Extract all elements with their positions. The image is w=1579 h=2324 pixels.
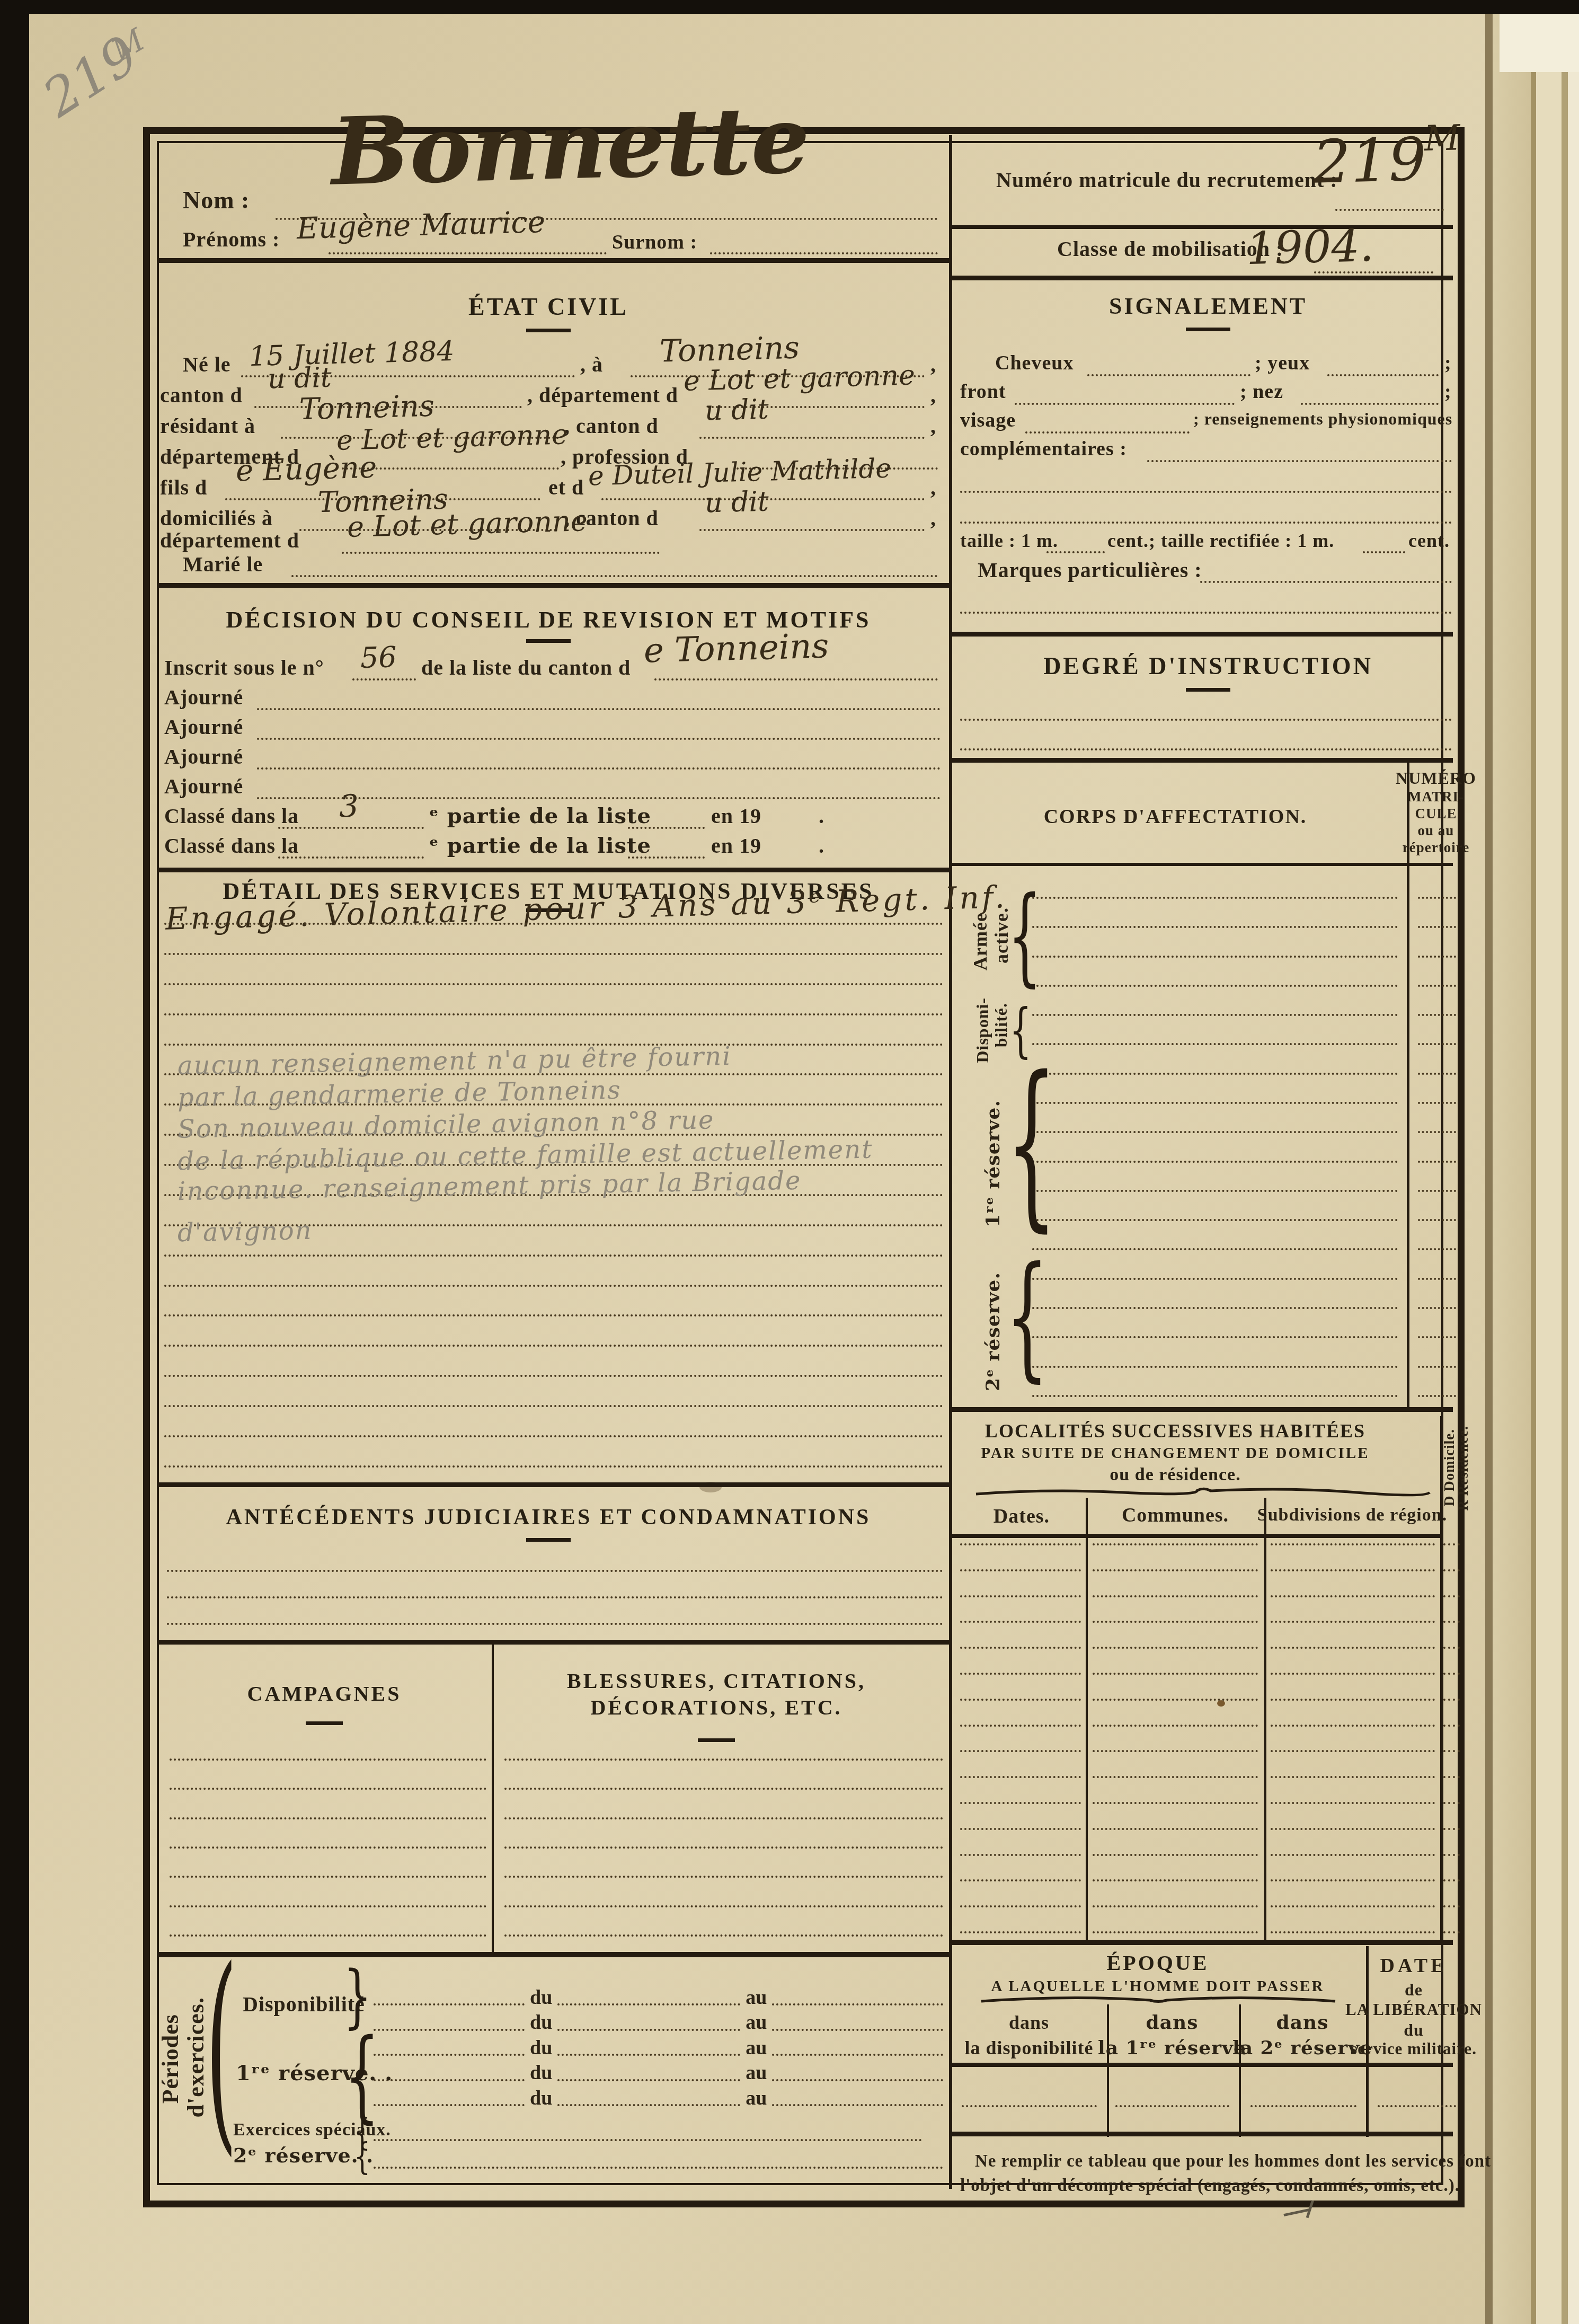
comma: , bbox=[930, 416, 936, 437]
dotted-line-dates bbox=[960, 1776, 1081, 1778]
dotted-line bbox=[1032, 1395, 1398, 1397]
dotted-line bbox=[557, 2029, 740, 2031]
blessures-title-line-2: DÉCORATIONS, ETC. bbox=[590, 1697, 842, 1718]
dotted-line-dr bbox=[1443, 1673, 1460, 1675]
reserve2-label: 2ᵉ réserve. . bbox=[233, 2145, 374, 2166]
corps-row bbox=[1032, 1014, 1456, 1016]
localites-row bbox=[960, 1879, 1460, 1881]
dotted-line-communes bbox=[1093, 1776, 1258, 1778]
localites-row bbox=[960, 1595, 1460, 1597]
dotted-line-communes bbox=[1093, 1802, 1258, 1804]
reserve1-corps-label: 1ʳᵉ réserve. bbox=[983, 1100, 1003, 1227]
dotted-line bbox=[699, 529, 925, 531]
dotted-line bbox=[352, 678, 416, 681]
ruled-row bbox=[170, 1846, 486, 1849]
rule bbox=[952, 225, 1453, 229]
canton2-handwriting: u dit bbox=[704, 395, 769, 425]
dotted-line bbox=[374, 2054, 525, 2056]
dotted-line bbox=[164, 983, 943, 985]
dotted-line bbox=[504, 1846, 943, 1849]
dotted-line bbox=[1032, 1102, 1398, 1104]
du-au-row: du au bbox=[374, 2089, 943, 2106]
localites-title-line-2: PAR SUITE DE CHANGEMENT DE DOMICILE bbox=[981, 1446, 1369, 1461]
canton-handwriting: u dit bbox=[267, 364, 332, 393]
disponibilite-brace: } bbox=[343, 1969, 372, 2023]
dotted-line-subdiv bbox=[1271, 1828, 1435, 1830]
localites-row bbox=[960, 1621, 1460, 1623]
dotted-line-dates bbox=[960, 1699, 1081, 1701]
dotted-line bbox=[504, 1788, 943, 1790]
dotted-line bbox=[710, 252, 938, 254]
dotted-line-dr bbox=[1443, 1569, 1460, 1571]
dotted-line bbox=[1301, 403, 1439, 405]
a-label: , à bbox=[580, 354, 603, 375]
dotted-line bbox=[164, 1435, 943, 1437]
departement3-label: département d bbox=[160, 530, 299, 551]
epoque-col2-line-1: dans bbox=[1146, 2013, 1199, 2032]
dotted-line bbox=[960, 748, 1452, 750]
dotted-line-numero bbox=[1418, 1043, 1456, 1045]
dotted-line bbox=[504, 1759, 943, 1761]
corps-row bbox=[1032, 956, 1456, 958]
dotted-line bbox=[1115, 2105, 1229, 2107]
dotted-line bbox=[557, 2079, 740, 2081]
ruled-row bbox=[170, 1905, 486, 1907]
numero-header-line-2: MATRI- bbox=[1408, 790, 1464, 804]
dotted-line-subdiv bbox=[1271, 1699, 1435, 1701]
du-label: du bbox=[530, 1989, 552, 2007]
dotted-line-numero bbox=[1418, 1102, 1456, 1104]
dotted-line-subdiv bbox=[1271, 1595, 1435, 1597]
dotted-line bbox=[772, 2029, 943, 2031]
page-edge-shadow bbox=[1485, 14, 1493, 2324]
reserve1-brace: { bbox=[344, 2036, 379, 2115]
col-communes-header: Communes. bbox=[1122, 1505, 1229, 1525]
dotted-line-dr bbox=[1443, 1905, 1460, 1907]
dotted-line-subdiv bbox=[1271, 1802, 1435, 1804]
dotted-line bbox=[960, 612, 1452, 614]
dotted-line-communes bbox=[1093, 1647, 1258, 1649]
dotted-line bbox=[374, 2003, 525, 2005]
au-label: au bbox=[746, 2064, 767, 2082]
ruled-row bbox=[170, 1788, 486, 1790]
title-underline bbox=[1186, 688, 1230, 692]
dotted-line bbox=[1032, 1307, 1398, 1309]
localites-row bbox=[960, 1569, 1460, 1571]
page-edge-gap bbox=[1531, 14, 1536, 2324]
dotted-line-communes bbox=[1093, 1879, 1258, 1881]
reserve1-corps-brace: { bbox=[1006, 1073, 1057, 1214]
du-au-row: du au bbox=[374, 2013, 943, 2030]
prenoms-label: Prénoms : bbox=[183, 229, 280, 250]
au-label: au bbox=[746, 2089, 767, 2107]
cheveux-label: Cheveux bbox=[995, 353, 1074, 373]
dotted-line-dates bbox=[960, 1725, 1081, 1727]
dotted-line bbox=[170, 1788, 486, 1790]
title-underline bbox=[1186, 328, 1230, 331]
dotted-line-communes bbox=[1093, 1828, 1258, 1830]
partie-liste-label-1: ᵉ partie de la liste bbox=[429, 806, 651, 827]
visage-label: visage bbox=[960, 410, 1016, 430]
signalement-title: SIGNALEMENT bbox=[1109, 295, 1307, 318]
dotted-line-subdiv bbox=[1271, 1931, 1435, 1933]
dotted-line bbox=[504, 1905, 943, 1907]
corps-row bbox=[1032, 1307, 1456, 1309]
ruled-row bbox=[164, 1465, 943, 1468]
dotted-line-dates bbox=[960, 1802, 1081, 1804]
dotted-line bbox=[170, 1817, 486, 1819]
corps-row bbox=[1032, 1278, 1456, 1280]
dotted-line-dr bbox=[1443, 1750, 1460, 1752]
canton-label: canton d bbox=[160, 385, 243, 406]
dotted-line-dr bbox=[1443, 1828, 1460, 1830]
epoque-col1-line-1: dans bbox=[1009, 2013, 1049, 2032]
page-edge-gap-2 bbox=[1562, 14, 1568, 2324]
dotted-line bbox=[557, 2104, 740, 2106]
page-edge-2 bbox=[1536, 14, 1562, 2324]
dotted-line bbox=[1032, 1043, 1398, 1045]
comma: , bbox=[930, 354, 936, 375]
dotted-line-subdiv bbox=[1271, 1776, 1435, 1778]
armee-active-label-1: Armée bbox=[971, 913, 990, 970]
dotted-line bbox=[1087, 374, 1250, 376]
dotted-line bbox=[557, 2003, 740, 2005]
title-underline bbox=[698, 1738, 735, 1742]
dotted-line bbox=[170, 1905, 486, 1907]
dotted-line bbox=[164, 1465, 943, 1468]
epoque-col1-line-2: la disponibilité bbox=[964, 2038, 1093, 2057]
marques-label: Marques particulières : bbox=[978, 560, 1202, 581]
title-underline bbox=[526, 1538, 571, 1542]
dotted-line bbox=[772, 2054, 943, 2056]
corps-row bbox=[1032, 1366, 1456, 1368]
dotted-line-subdiv bbox=[1271, 1905, 1435, 1907]
wavy-rule bbox=[975, 1486, 1431, 1498]
dotted-line bbox=[1032, 985, 1398, 987]
marie-le-label: Marié le bbox=[183, 554, 263, 575]
departement3-handwriting: e Lot et garonne bbox=[347, 507, 588, 542]
reserve2-corps-brace: { bbox=[1006, 1264, 1049, 1369]
localites-row bbox=[960, 1905, 1460, 1907]
dotted-line-subdiv bbox=[1271, 1725, 1435, 1727]
disponibilite-corps-label-1: Disponi- bbox=[974, 997, 991, 1063]
au-label: au bbox=[746, 1989, 767, 2007]
dotted-line-dr bbox=[1443, 1699, 1460, 1701]
dotted-line bbox=[164, 953, 943, 955]
dotted-line-numero bbox=[1418, 1336, 1456, 1338]
corps-row bbox=[1032, 1043, 1456, 1045]
du-label: du bbox=[530, 2013, 552, 2031]
pencil-note-line-2: par la gendarmerie de Tonneins bbox=[178, 1077, 622, 1111]
dotted-line bbox=[1046, 551, 1105, 553]
localites-row bbox=[960, 1647, 1460, 1649]
inscrit-label: Inscrit sous le n° bbox=[164, 657, 324, 678]
section-rule bbox=[952, 632, 1453, 637]
dotted-line bbox=[278, 856, 424, 859]
date-title-line-1: DATE bbox=[1380, 1956, 1448, 1976]
dotted-line bbox=[164, 1254, 943, 1257]
nez-label: ; nez bbox=[1240, 382, 1283, 402]
ajourne-label-4: Ajourné bbox=[164, 776, 243, 797]
title-underline bbox=[306, 1721, 343, 1725]
corps-row bbox=[1032, 1131, 1456, 1133]
localites-row bbox=[960, 1828, 1460, 1830]
localites-title-line-3: ou de résidence. bbox=[1110, 1466, 1240, 1484]
dotted-line-dates bbox=[960, 1621, 1081, 1623]
ruled-row bbox=[170, 1876, 486, 1878]
dotted-line bbox=[374, 2104, 525, 2106]
numero-header-line-5: répertoire bbox=[1403, 841, 1469, 855]
dotted-line bbox=[628, 856, 705, 859]
et-de-label: et d bbox=[548, 477, 584, 498]
dotted-line-numero bbox=[1418, 1131, 1456, 1133]
du-au-rows: du au du au du au du au du au bbox=[374, 1989, 943, 2106]
dotted-line bbox=[164, 1375, 943, 1377]
du-label: du bbox=[530, 2039, 552, 2057]
corps-row bbox=[1032, 1395, 1456, 1397]
ruled-row bbox=[164, 1285, 943, 1287]
dotted-line-communes bbox=[1093, 1750, 1258, 1752]
localites-row bbox=[960, 1776, 1460, 1778]
note-line-2: l'objet d'un décompte spécial (engagés, … bbox=[960, 2177, 1460, 2195]
rule bbox=[952, 863, 1453, 866]
dotted-line-numero bbox=[1418, 1190, 1456, 1192]
corps-row bbox=[1032, 897, 1456, 899]
matricule-suffix-handwriting: M bbox=[1424, 120, 1460, 156]
dotted-line bbox=[960, 522, 1452, 524]
dotted-line-communes bbox=[1093, 1621, 1258, 1623]
dotted-line bbox=[257, 708, 941, 710]
dotted-line bbox=[1032, 1336, 1398, 1338]
liste-canton-label: de la liste du canton d bbox=[421, 657, 631, 678]
localites-row bbox=[960, 1802, 1460, 1804]
dotted-line bbox=[278, 827, 424, 829]
dotted-line bbox=[1200, 581, 1452, 583]
section-rule bbox=[952, 758, 1453, 763]
corps-header: CORPS D'AFFECTATION. bbox=[1044, 807, 1307, 827]
section-rule bbox=[952, 276, 1453, 280]
dotted-line bbox=[167, 1570, 943, 1572]
section-rule bbox=[159, 258, 949, 263]
antecedents-title: ANTÉCÉDENTS JUDICIAIRES ET CONDAMNATIONS bbox=[226, 1506, 871, 1528]
ruled-row bbox=[504, 1759, 943, 1761]
dotted-line-numero bbox=[1418, 1366, 1456, 1368]
canton2-label: , canton d bbox=[564, 416, 659, 437]
dotted-line bbox=[962, 2105, 1097, 2107]
dotted-line-numero bbox=[1418, 956, 1456, 958]
dotted-line bbox=[654, 678, 938, 681]
period: . bbox=[819, 835, 824, 856]
ruled-row bbox=[164, 1254, 943, 1257]
dotted-line bbox=[1032, 1248, 1398, 1250]
periodes-label-line-1: Périodes bbox=[159, 2014, 182, 2104]
epoque-col2-line-2: la 1ʳᵉ réserve bbox=[1098, 2038, 1246, 2057]
campagnes-title: CAMPAGNES bbox=[247, 1683, 402, 1704]
dotted-line bbox=[1025, 431, 1190, 434]
dotted-line bbox=[772, 2079, 943, 2081]
localites-row bbox=[960, 1931, 1460, 1933]
dotted-line bbox=[1032, 1366, 1398, 1368]
dotted-line-subdiv bbox=[1271, 1854, 1435, 1856]
dotted-line-numero bbox=[1418, 897, 1456, 899]
localites-row bbox=[960, 1699, 1460, 1701]
corps-row bbox=[1032, 926, 1456, 928]
period: . bbox=[819, 806, 824, 827]
en19-label-2: en 19 bbox=[711, 835, 761, 856]
localites-row bbox=[960, 1543, 1460, 1545]
dotted-line-dr bbox=[1443, 1854, 1460, 1856]
date-title-line-4: du bbox=[1404, 2021, 1424, 2038]
dotted-line bbox=[960, 491, 1452, 493]
dotted-line bbox=[504, 1817, 943, 1819]
surnom-label: Surnom : bbox=[612, 232, 697, 252]
inscrit-numero-handwriting: 56 bbox=[360, 643, 397, 673]
campagnes-ruled-lines bbox=[170, 1759, 486, 1937]
dotted-line bbox=[170, 1846, 486, 1849]
section-rule bbox=[952, 1940, 1453, 1945]
epoque-title: ÉPOQUE bbox=[1107, 1952, 1209, 1974]
dotted-line bbox=[374, 2029, 525, 2031]
dotted-line-numero bbox=[1418, 1219, 1456, 1221]
etat-civil-title: ÉTAT CIVIL bbox=[468, 295, 628, 319]
ne-le-label: Né le bbox=[183, 354, 231, 375]
birth-place-handwriting: Tonneins bbox=[659, 332, 800, 367]
dotted-line bbox=[557, 2054, 740, 2056]
ruled-row bbox=[164, 923, 943, 925]
ruled-row bbox=[504, 1788, 943, 1790]
dotted-line-dates bbox=[960, 1879, 1081, 1881]
dotted-line bbox=[960, 719, 1452, 721]
father-handwriting: e Eugène bbox=[235, 453, 377, 487]
dotted-line bbox=[1327, 374, 1439, 376]
instruction-title: DEGRÉ D'INSTRUCTION bbox=[1043, 654, 1373, 678]
residence-handwriting: Tonneins bbox=[299, 392, 434, 425]
canton3-handwriting: u dit bbox=[704, 488, 769, 517]
dotted-line bbox=[1015, 403, 1235, 405]
dotted-line bbox=[164, 1345, 943, 1347]
blessures-title-line-1: BLESSURES, CITATIONS, bbox=[567, 1671, 866, 1692]
col-dates-header: Dates. bbox=[993, 1506, 1050, 1526]
title-underline bbox=[526, 329, 571, 332]
dotted-line bbox=[164, 923, 943, 925]
dotted-line-dr bbox=[1443, 1647, 1460, 1649]
dotted-line bbox=[257, 797, 941, 799]
dotted-line bbox=[1032, 1278, 1398, 1280]
dotted-line-subdiv bbox=[1271, 1673, 1435, 1675]
dotted-line-subdiv bbox=[1271, 1621, 1435, 1623]
nom-value-handwriting: Bonnette bbox=[330, 93, 811, 199]
residence-rotated-label: R Résidence. bbox=[1456, 1426, 1470, 1510]
dotted-line bbox=[1032, 897, 1398, 899]
dotted-line bbox=[1032, 1190, 1398, 1192]
campagnes-divider bbox=[492, 1645, 494, 1952]
dotted-line-communes bbox=[1093, 1905, 1258, 1907]
mother-handwriting: e Duteil Julie Mathilde bbox=[588, 455, 891, 490]
prenoms-value-handwriting: Eugène Maurice bbox=[296, 208, 545, 244]
semicolon: ; bbox=[1444, 353, 1452, 373]
departement2-handwriting: e Lot et garonne bbox=[336, 421, 568, 454]
dotted-line-subdiv bbox=[1271, 1647, 1435, 1649]
date-title-line-2: de bbox=[1405, 1981, 1423, 1998]
dotted-line bbox=[1032, 1014, 1398, 1016]
classe-dans-la-label-1: Classé dans la bbox=[164, 806, 299, 827]
dotted-line-dates bbox=[960, 1569, 1081, 1571]
dotted-line bbox=[1147, 460, 1452, 462]
corps-row bbox=[1032, 1102, 1456, 1104]
residant-label: résidant à bbox=[160, 416, 255, 437]
au-label: au bbox=[746, 2013, 767, 2031]
corps-row bbox=[1032, 1248, 1456, 1250]
dotted-line bbox=[1378, 2105, 1456, 2107]
epoque-col3-line-1: dans bbox=[1276, 2013, 1329, 2032]
rule bbox=[952, 2063, 1453, 2067]
dotted-line-numero bbox=[1418, 1307, 1456, 1309]
matricule-label: Numéro matricule du recrutement : bbox=[996, 170, 1338, 191]
departement-handwriting: e Lot et garonne bbox=[683, 361, 915, 395]
corps-row bbox=[1032, 985, 1456, 987]
dotted-line-dr bbox=[1443, 1543, 1460, 1545]
pencil-note-line-6: d'avignon bbox=[178, 1218, 313, 1245]
localites-ruled-lines bbox=[960, 1543, 1460, 1933]
dotted-line-dr bbox=[1443, 1621, 1460, 1623]
dotted-line bbox=[164, 1013, 943, 1015]
du-au-row: du au bbox=[374, 1989, 943, 2005]
dotted-line-dr bbox=[1443, 1879, 1460, 1881]
section-rule bbox=[952, 1407, 1453, 1412]
dotted-line-communes bbox=[1093, 1569, 1258, 1571]
dotted-line-dates bbox=[960, 1673, 1081, 1675]
dotted-line-numero bbox=[1418, 1073, 1456, 1075]
dotted-line bbox=[1363, 551, 1405, 553]
matricule-value-handwriting: 219 bbox=[1312, 130, 1427, 192]
nom-label: Nom : bbox=[183, 188, 250, 213]
dotted-line-dates bbox=[960, 1543, 1081, 1545]
ruled-row bbox=[504, 1817, 943, 1819]
dotted-line-subdiv bbox=[1271, 1569, 1435, 1571]
dotted-line bbox=[628, 827, 705, 829]
corps-row bbox=[1032, 1219, 1456, 1221]
dotted-line-numero bbox=[1418, 985, 1456, 987]
dotted-line-numero bbox=[1418, 1395, 1456, 1397]
dotted-line bbox=[1335, 209, 1444, 211]
dotted-line-dr bbox=[1443, 1595, 1460, 1597]
brace-rule bbox=[980, 1995, 1336, 2004]
dotted-line bbox=[504, 1934, 943, 1937]
section-rule bbox=[159, 868, 949, 872]
classe-value-handwriting: 1904. bbox=[1246, 223, 1374, 271]
numero-header-line-3: CULE bbox=[1415, 807, 1457, 821]
localites-row bbox=[960, 1673, 1460, 1675]
dotted-line-communes bbox=[1093, 1595, 1258, 1597]
dotted-line bbox=[1032, 926, 1398, 928]
epoque-divider-2 bbox=[1239, 2004, 1241, 2137]
dotted-line-communes bbox=[1093, 1854, 1258, 1856]
dotted-line bbox=[1032, 1131, 1398, 1133]
ajourne-label-3: Ajourné bbox=[164, 746, 243, 767]
dotted-line bbox=[164, 1405, 943, 1407]
ruled-row bbox=[164, 953, 943, 955]
dotted-line-communes bbox=[1093, 1543, 1258, 1545]
corner-highlight bbox=[1500, 14, 1579, 72]
dotted-line bbox=[1032, 1073, 1398, 1075]
epoque-subtitle: A LAQUELLE L'HOMME DOIT PASSER bbox=[991, 1979, 1325, 1994]
ruled-row bbox=[164, 1013, 943, 1015]
dotted-line-communes bbox=[1093, 1931, 1258, 1933]
ruled-row bbox=[164, 1314, 943, 1316]
semicolon: ; bbox=[1444, 382, 1452, 402]
ruled-row bbox=[164, 1405, 943, 1407]
dotted-line bbox=[167, 1596, 943, 1598]
